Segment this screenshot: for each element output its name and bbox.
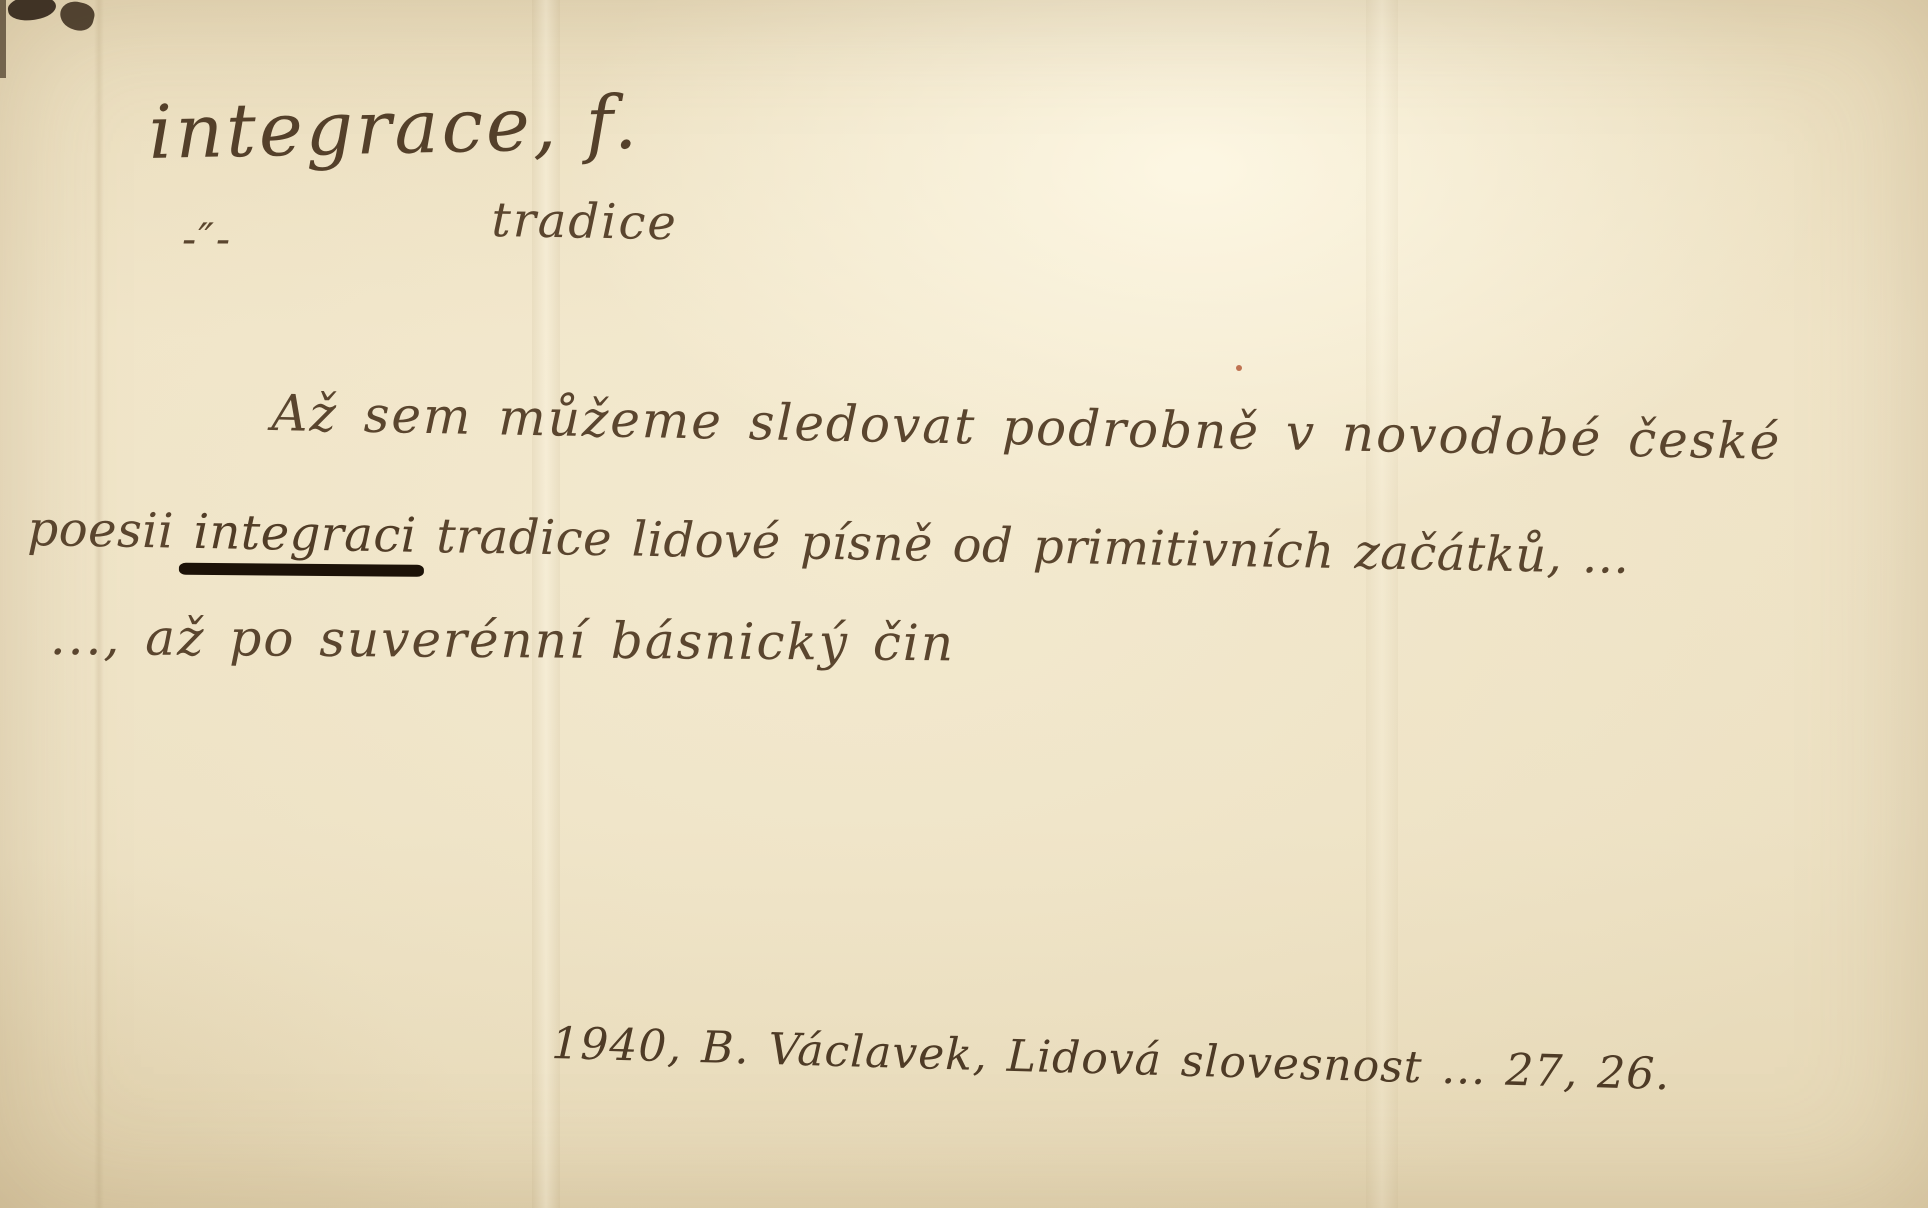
paper-stain [57, 0, 97, 34]
headword: integrace, f. [148, 86, 641, 170]
paper-crease [94, 0, 104, 1208]
underlined-word-integraci: integraci [193, 504, 417, 564]
quote-line-1: Až sem můžeme sledovat podrobně v novodo… [271, 388, 1782, 467]
quote-line-2-prefix: poesii [27, 501, 194, 560]
quote-line-2-suffix: tradice lidové písně od primitivních zač… [416, 508, 1630, 585]
paper-crease [1366, 0, 1398, 1208]
subentry-tradice: tradice [491, 196, 678, 247]
paper-stain [6, 0, 57, 24]
paper-speck [1236, 365, 1242, 371]
scan-edge-artifact [0, 0, 6, 78]
ditto-mark: -″- [182, 218, 232, 260]
index-card: integrace, f. -″- tradice Až sem můžeme … [0, 0, 1928, 1208]
quote-line-3: ..., až po suverénní básnický čin [50, 612, 956, 668]
citation: 1940, B. Václavek, Lidová slovesnost ...… [551, 1022, 1671, 1097]
